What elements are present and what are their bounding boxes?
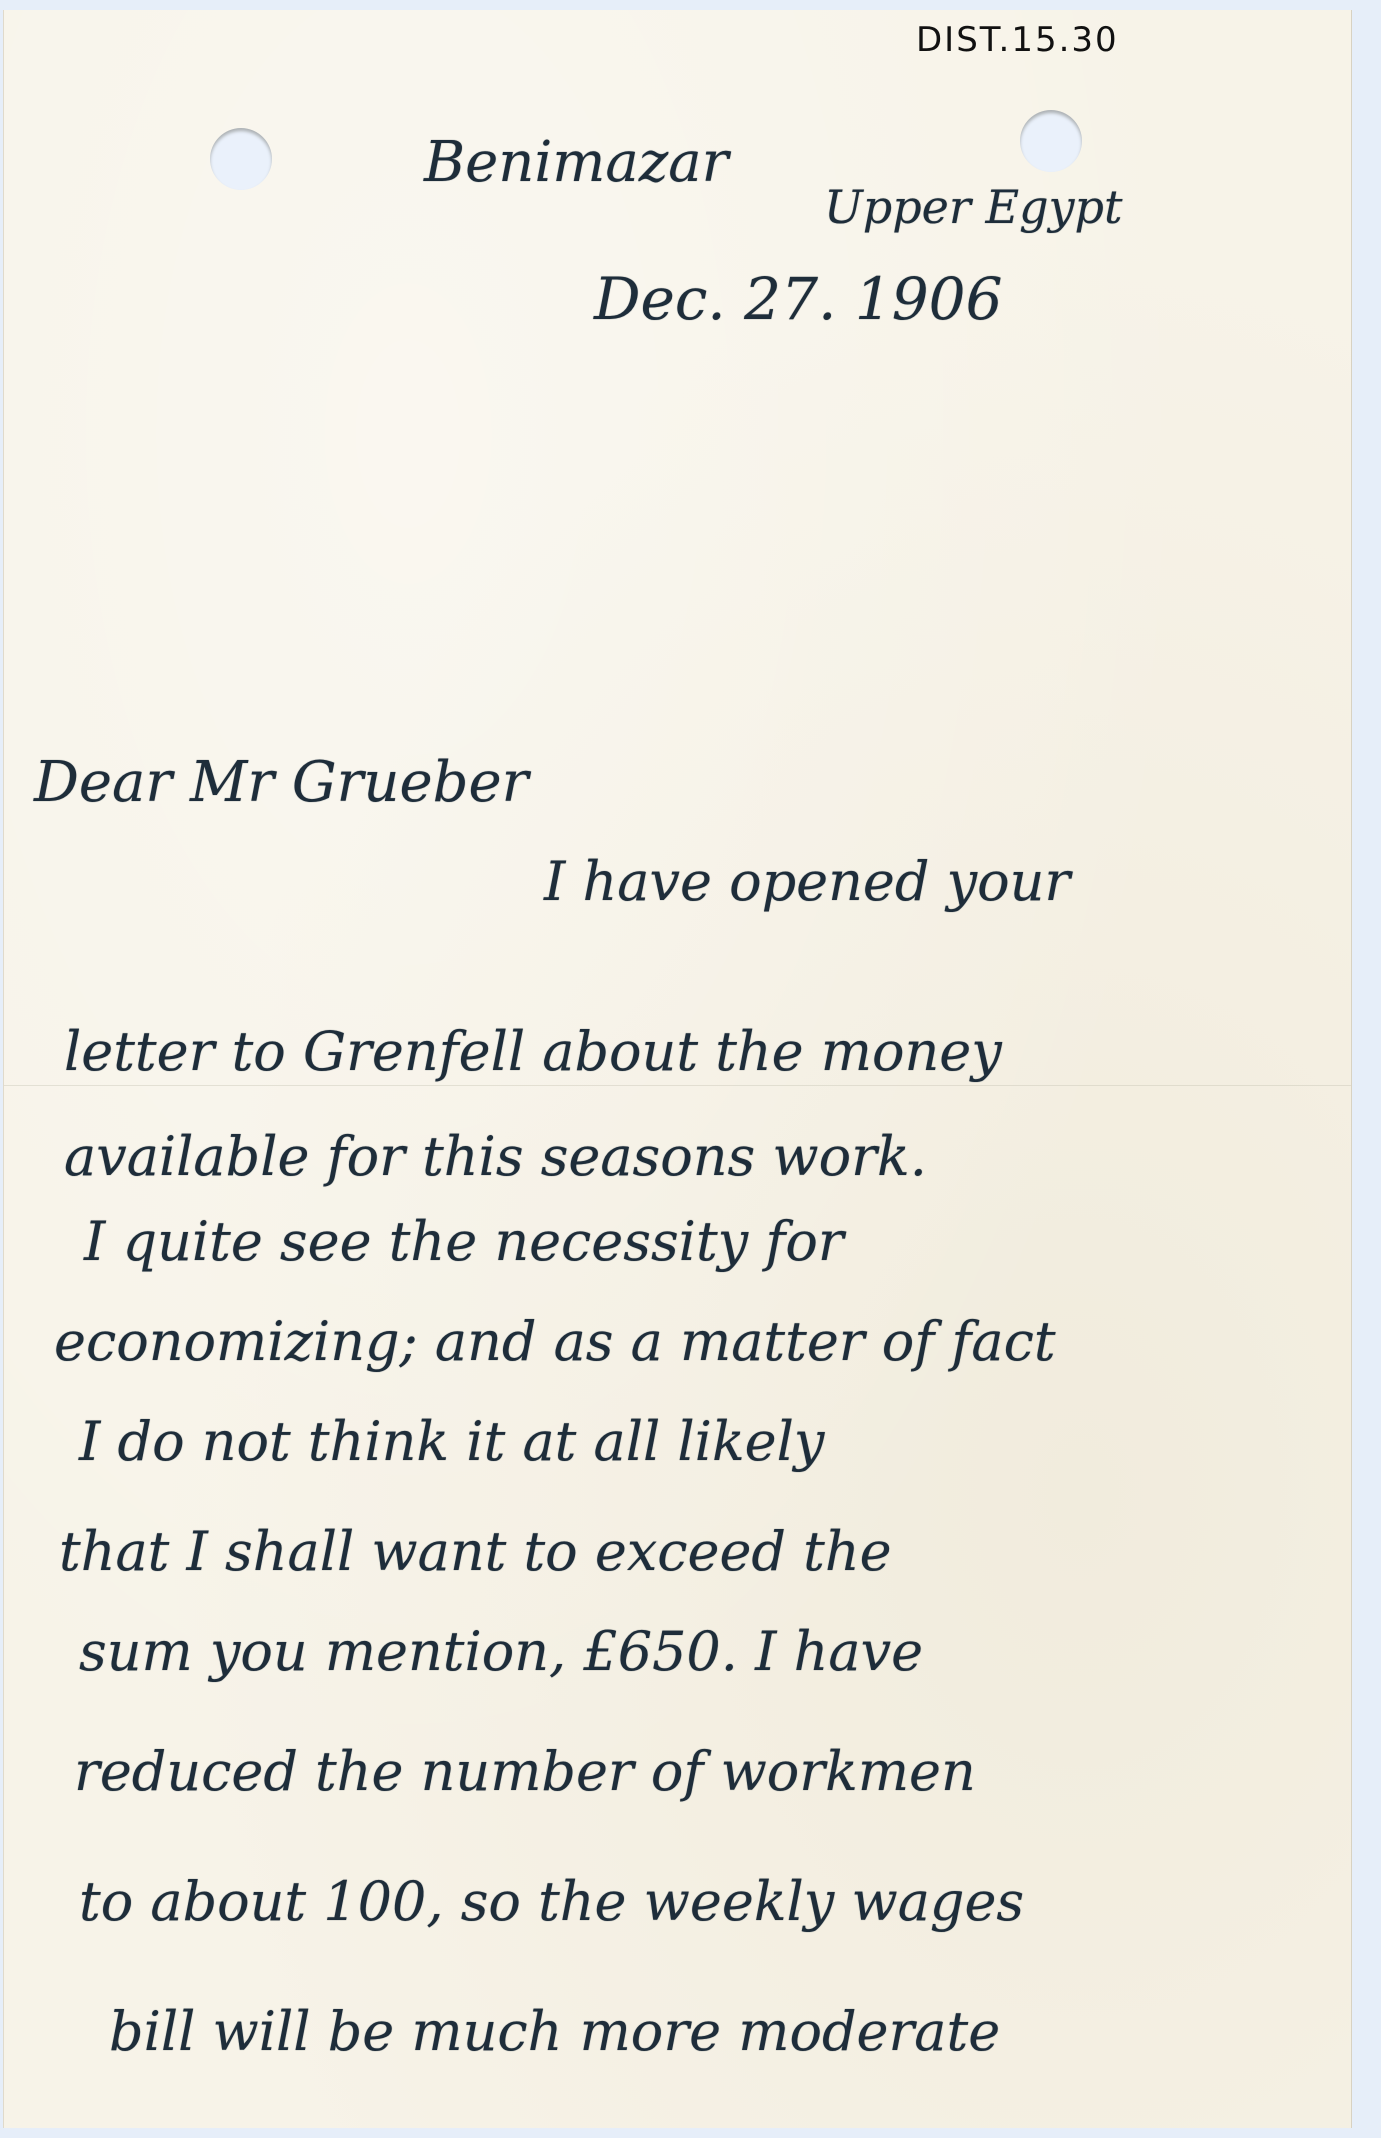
letter-region: Upper Egypt (824, 180, 1122, 234)
letter-page: DIST.15.30 Benimazar Upper Egypt Dec. 27… (4, 10, 1351, 2128)
body-line: letter to Grenfell about the money (64, 1020, 1002, 1083)
body-line: that I shall want to exceed the (59, 1520, 892, 1583)
body-line: economizing; and as a matter of fact (54, 1310, 1056, 1373)
body-line: to about 100, so the weekly wages (79, 1870, 1024, 1933)
body-line: I do not think it at all likely (79, 1410, 824, 1473)
body-line: I quite see the necessity for (84, 1210, 844, 1273)
fold-line (4, 1085, 1351, 1086)
body-line: sum you mention, £650. I have (79, 1620, 923, 1683)
body-line: I have opened your (544, 850, 1070, 913)
punch-hole-right (1020, 110, 1082, 172)
letter-place: Benimazar (424, 130, 728, 195)
archive-reference-stamp: DIST.15.30 (916, 20, 1119, 60)
body-line: bill will be much more moderate (109, 2000, 1000, 2063)
letter-date: Dec. 27. 1906 (594, 265, 1002, 333)
punch-hole-left (210, 128, 272, 190)
body-line: available for this seasons work. (64, 1125, 927, 1188)
body-line: reduced the number of workmen (74, 1740, 976, 1803)
letter-salutation: Dear Mr Grueber (34, 750, 528, 815)
